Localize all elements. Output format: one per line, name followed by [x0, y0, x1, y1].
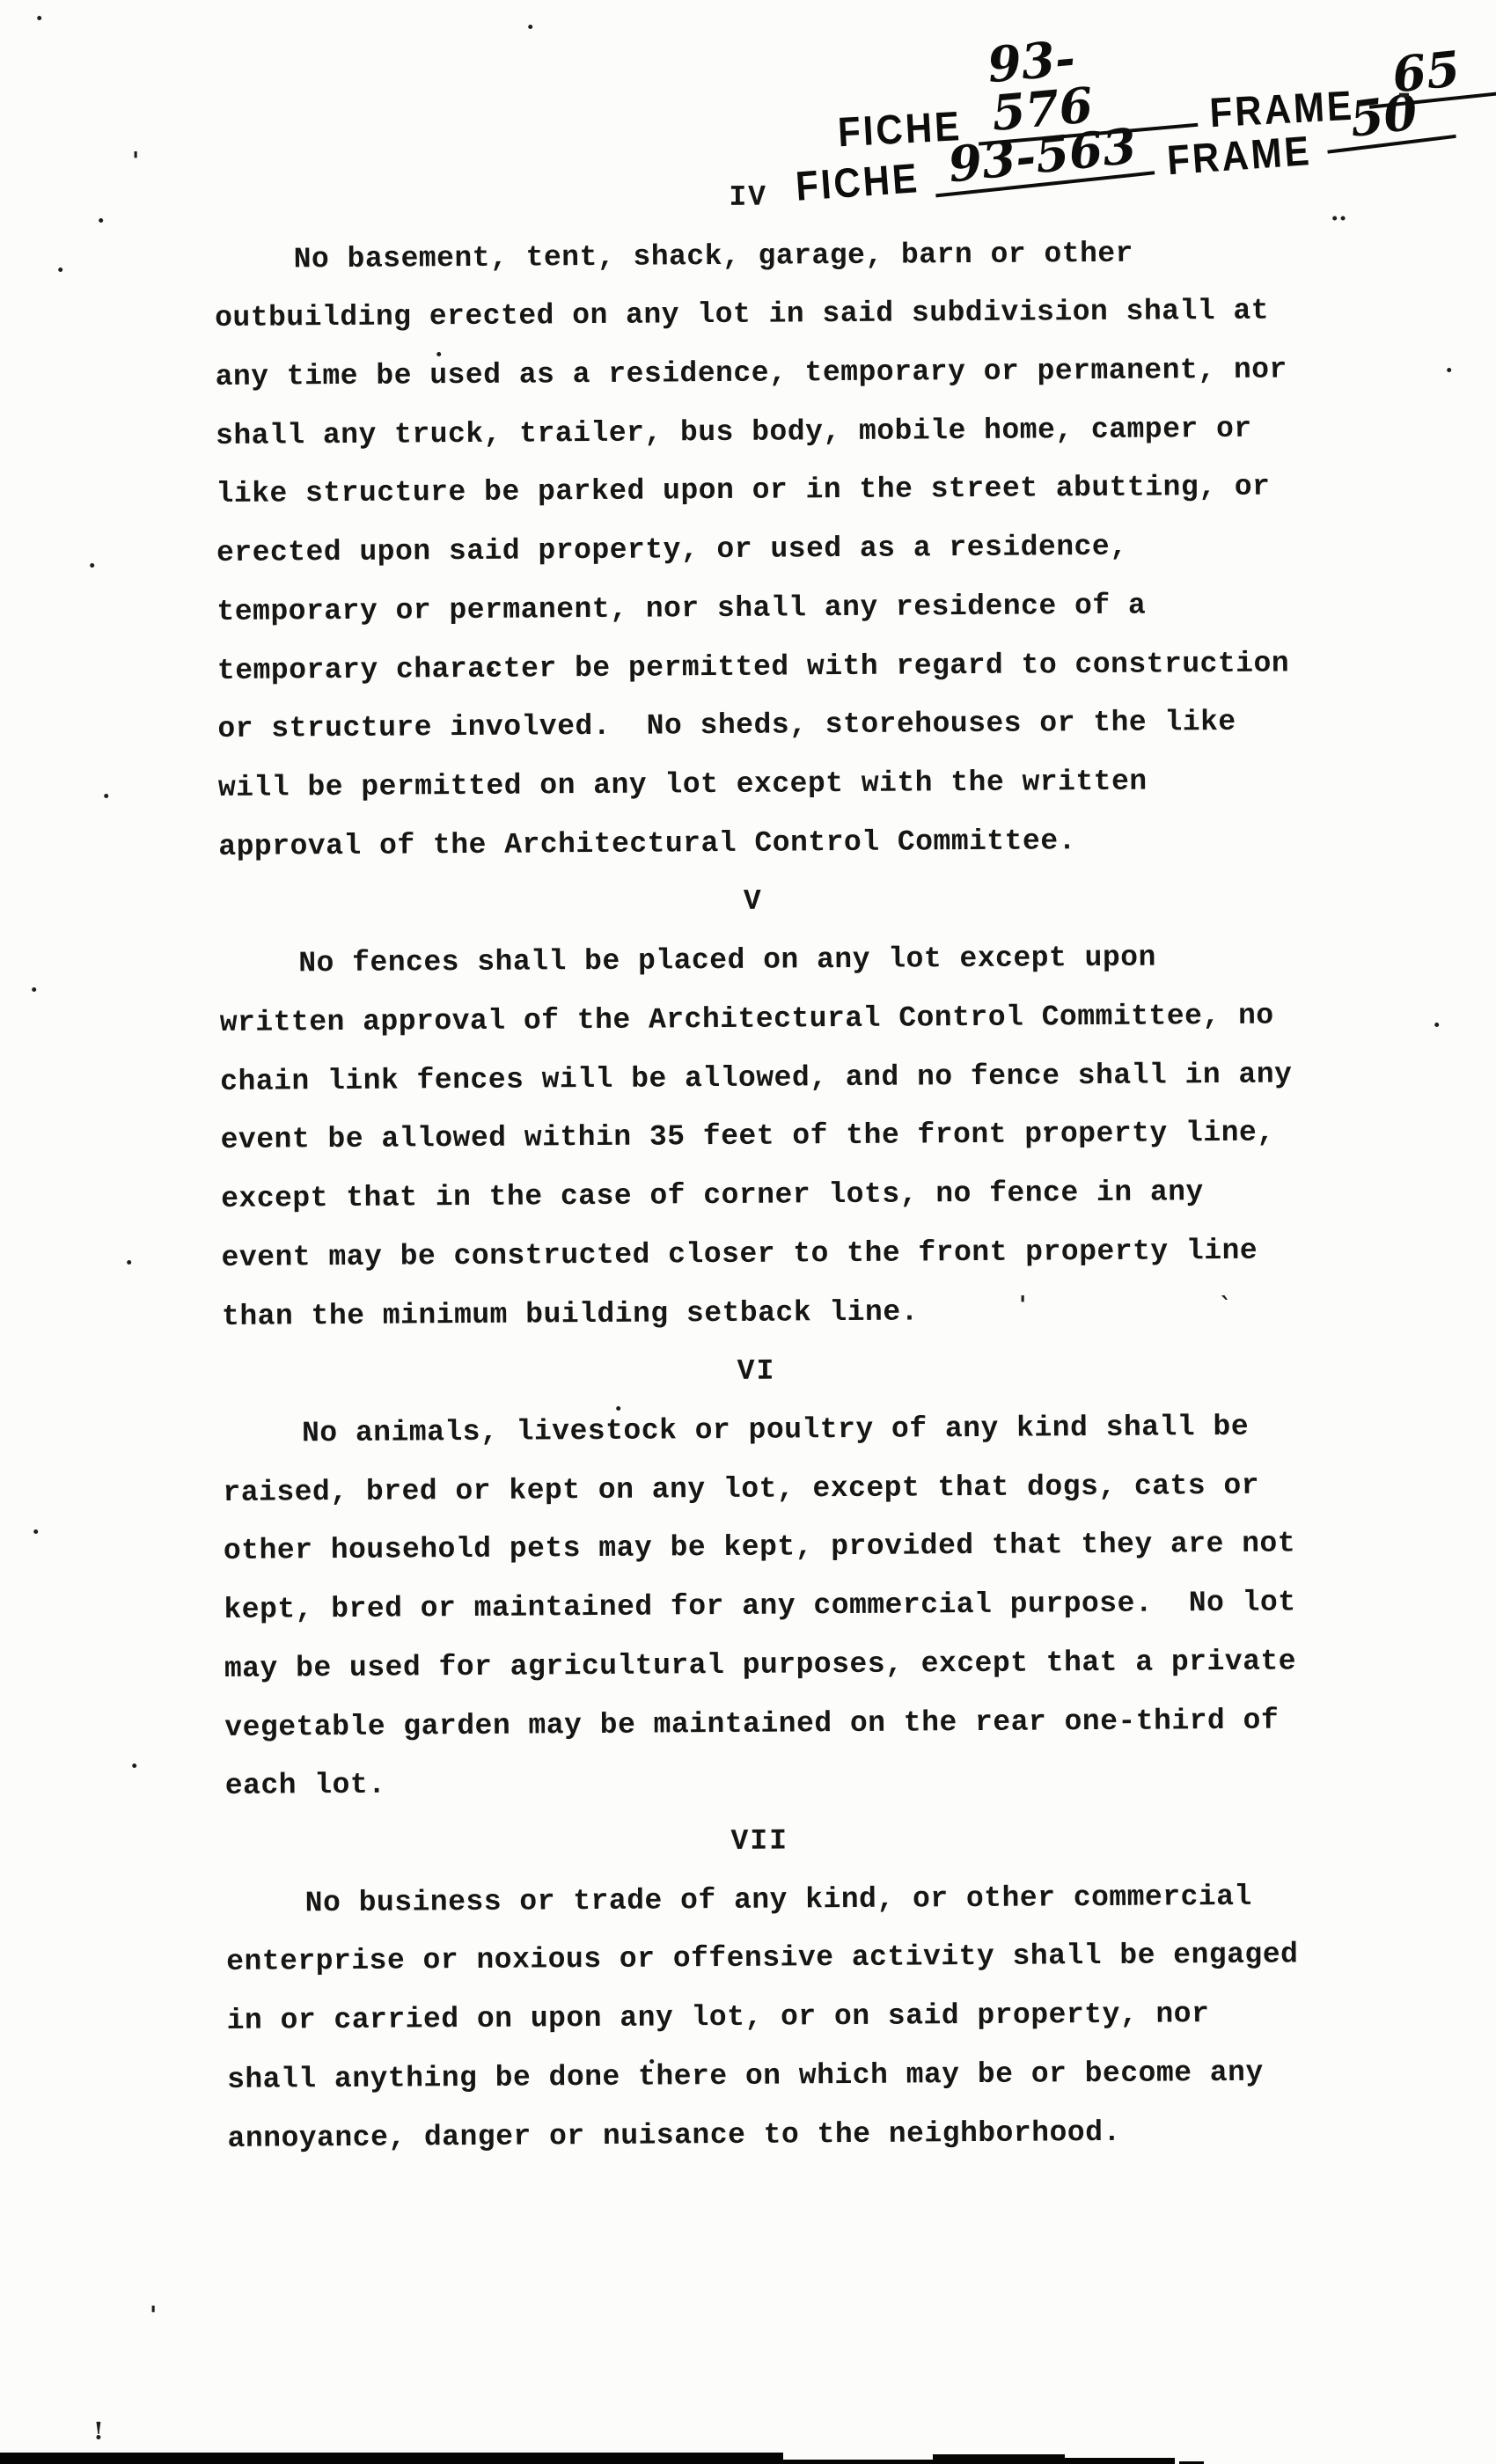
scan-speck: ·	[32, 1521, 40, 1544]
text-line: No fences shall be placed on any lot exc…	[219, 928, 1292, 994]
text-line: written approval of the Architectural Co…	[220, 986, 1293, 1052]
text-line: No animals, livestock or poultry of any …	[223, 1397, 1295, 1463]
section-heading-v: V	[219, 869, 1287, 935]
scanned-document-page: FICHE 93-576 FRAME 65 FICHE 93-563 FRAME…	[0, 0, 1496, 2464]
text-line: chain link fences will be allowed, and n…	[220, 1045, 1293, 1111]
scan-speck: !	[93, 2420, 104, 2444]
text-line: may be used for agricultural purposes, e…	[224, 1632, 1297, 1698]
text-line: will be permitted on any lot except with…	[218, 752, 1291, 818]
scan-edge-bar	[933, 2454, 1065, 2464]
text-line: each lot.	[225, 1749, 1298, 1815]
scan-speck: ..	[1331, 201, 1347, 224]
text-line: shall any truck, trailer, bus body, mobi…	[216, 399, 1288, 465]
document-body: IV No basement, tent, shack, garage, bar…	[214, 164, 1300, 2167]
scan-speck: ·	[56, 259, 64, 282]
scan-speck: ·	[1433, 1014, 1441, 1038]
text-line: any time be used as a residence, tempora…	[215, 341, 1287, 407]
scan-speck: ·	[526, 16, 534, 40]
section-heading-vi: VI	[222, 1338, 1290, 1404]
text-line: annoyance, danger or nuisance to the nei…	[227, 2101, 1300, 2167]
scan-speck: ·	[102, 785, 110, 809]
scan-speck: ·	[614, 1397, 622, 1421]
text-line: outbuilding erected on any lot in said s…	[215, 282, 1287, 348]
text-line: event may be constructed closer to the f…	[221, 1221, 1294, 1287]
text-line: vegetable garden may be maintained on th…	[224, 1690, 1297, 1756]
section-heading-vii: VII	[225, 1808, 1294, 1874]
scan-speck: '	[132, 150, 139, 173]
scan-speck: ·	[1445, 359, 1453, 383]
scan-speck: '	[150, 2304, 157, 2328]
scan-edge-bar	[0, 2453, 783, 2464]
scan-edge-bar	[783, 2460, 933, 2464]
scan-speck: ·	[488, 658, 495, 682]
text-line: like structure be parked upon or in the …	[216, 458, 1288, 524]
scan-speck: '	[1019, 1294, 1026, 1317]
text-line: erected upon said property, or used as a…	[216, 517, 1289, 583]
text-line: event be allowed within 35 feet of the f…	[220, 1104, 1293, 1170]
scan-speck: ·	[88, 554, 96, 578]
scan-speck: ·	[130, 1755, 138, 1778]
text-line: kept, bred or maintained for any commerc…	[224, 1573, 1296, 1639]
scan-speck: ·	[648, 2050, 656, 2074]
scan-speck: -	[1397, 77, 1411, 109]
scan-speck: ·	[30, 979, 38, 1002]
text-line: or structure involved. No sheds, storeho…	[217, 693, 1290, 759]
section-heading-iv: IV	[214, 165, 1282, 231]
text-line: in or carried on upon any lot, or on sai…	[226, 1984, 1299, 2050]
text-line: other household pets may be kept, provid…	[224, 1514, 1296, 1580]
scan-speck: ·	[97, 209, 105, 233]
text-line: No basement, tent, shack, garage, barn o…	[214, 223, 1287, 289]
scan-speck: ·	[1042, 1118, 1050, 1141]
scan-speck: ·	[435, 343, 443, 367]
text-line: raised, bred or kept on any lot, except …	[223, 1456, 1295, 1522]
text-line: except that in the case of corner lots, …	[221, 1162, 1294, 1228]
text-line: enterprise or noxious or offensive activ…	[226, 1925, 1299, 1991]
scan-speck: ·	[35, 7, 43, 31]
text-line: than the minimum building setback line.	[222, 1280, 1294, 1346]
text-line: approval of the Architectural Control Co…	[218, 810, 1291, 876]
text-line: shall anything be done there on which ma…	[227, 2042, 1300, 2108]
text-line: No business or trade of any kind, or oth…	[226, 1866, 1299, 1932]
scan-speck: ·	[125, 1251, 133, 1275]
scan-speck: `	[1220, 1295, 1232, 1319]
text-line: temporary or permanent, nor shall any re…	[216, 576, 1289, 642]
text-line: temporary character be permitted with re…	[217, 634, 1290, 700]
scan-edge-bar	[1065, 2458, 1175, 2464]
